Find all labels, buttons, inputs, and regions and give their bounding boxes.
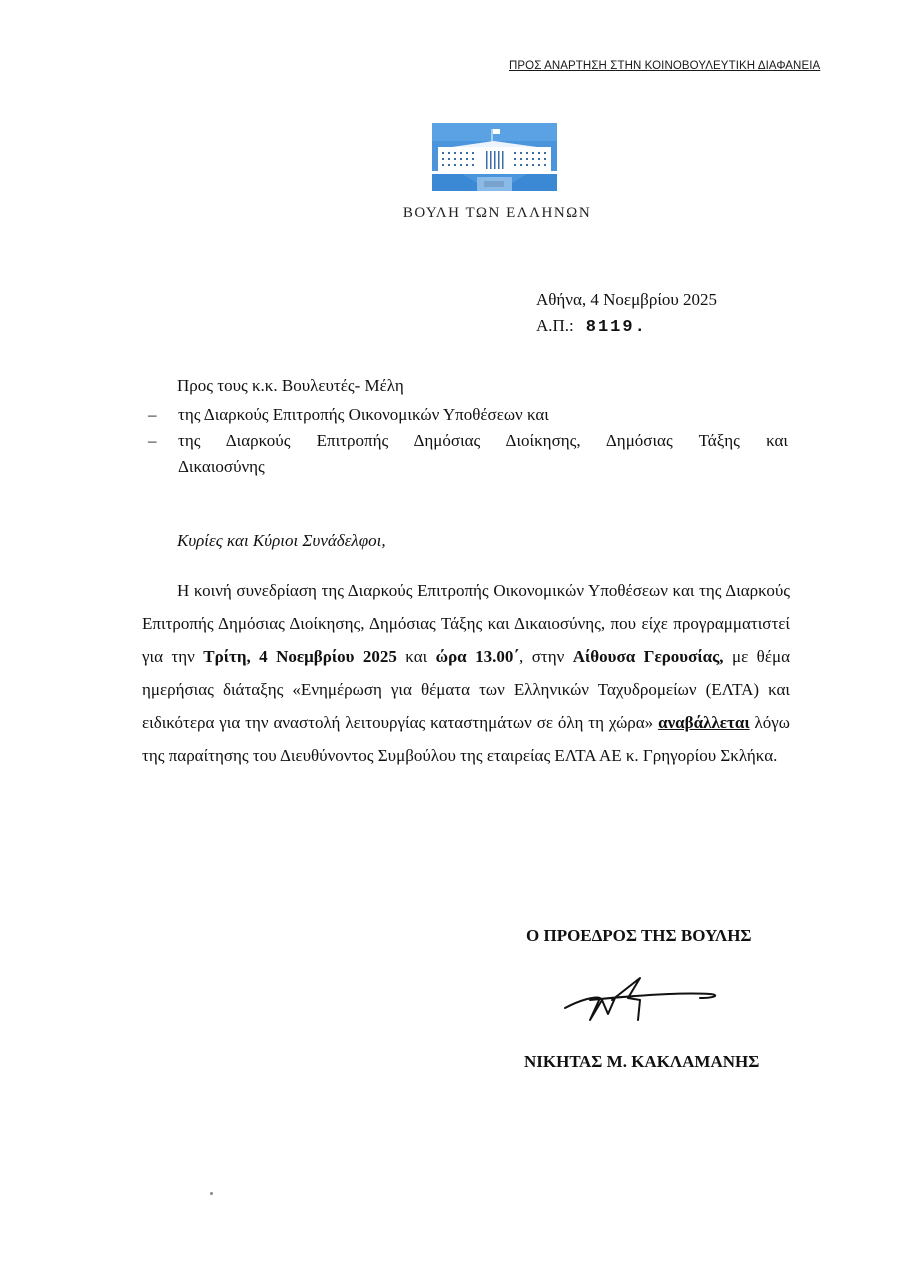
recipients-intro: Προς τους κ.κ. Βουλευτές- Μέλη: [177, 376, 404, 396]
protocol-value: 8119.: [586, 318, 647, 337]
protocol-label: Α.Π.:: [536, 316, 574, 335]
recipient-text: της Διαρκούς Επιτροπής Οικονομικών Υποθέ…: [178, 402, 788, 428]
recipients-list: – της Διαρκούς Επιτροπής Οικονομικών Υπο…: [148, 402, 788, 480]
signatory-title: Ο ΠΡΟΕΔΡΟΣ ΤΗΣ ΒΟΥΛΗΣ: [526, 926, 752, 946]
recipient-text: της Διαρκούς Επιτροπής Δημόσιας Διοίκηση…: [178, 428, 788, 454]
dash-bullet: –: [148, 402, 178, 428]
hellenic-parliament-building-icon: [432, 123, 557, 191]
meeting-time: ώρα 13.00΄: [436, 647, 519, 666]
signatory-name: ΝΙΚΗΤΑΣ Μ. ΚΑΚΛΑΜΑΝΗΣ: [524, 1052, 759, 1072]
protocol-number: Α.Π.:8119.: [536, 316, 647, 337]
greeting: Κυρίες και Κύριοι Συνάδελφοι,: [177, 531, 386, 551]
list-item: – της Διαρκούς Επιτροπής Οικονομικών Υπο…: [148, 402, 788, 428]
meeting-room: Αίθουσα Γερουσίας,: [573, 647, 724, 666]
scan-speck: [210, 1192, 213, 1195]
body-text: , στην: [519, 647, 573, 666]
document-date: Αθήνα, 4 Νοεμβρίου 2025: [536, 290, 717, 310]
list-item: – της Διαρκούς Επιτροπής Δημόσιας Διοίκη…: [148, 428, 788, 454]
recipient-text-continuation: Δικαιοσύνης: [148, 454, 788, 480]
parliament-name: ΒΟΥΛΗ ΤΩΝ ΕΛΛΗΝΩΝ: [392, 205, 602, 222]
body-text: και: [397, 647, 436, 666]
body-paragraph: Η κοινή συνεδρίαση της Διαρκούς Επιτροπή…: [142, 574, 790, 772]
meeting-date: Τρίτη, 4 Νοεμβρίου 2025: [203, 647, 397, 666]
signature-icon: [560, 970, 725, 1030]
publication-note: ΠΡΟΣ ΑΝΑΡΤΗΣΗ ΣΤΗΝ ΚΟΙΝΟΒΟΥΛΕΥΤΙΚΗ ΔΙΑΦΑ…: [509, 60, 820, 72]
postponed-keyword: αναβάλλεται: [658, 713, 750, 732]
dash-bullet: –: [148, 428, 178, 454]
